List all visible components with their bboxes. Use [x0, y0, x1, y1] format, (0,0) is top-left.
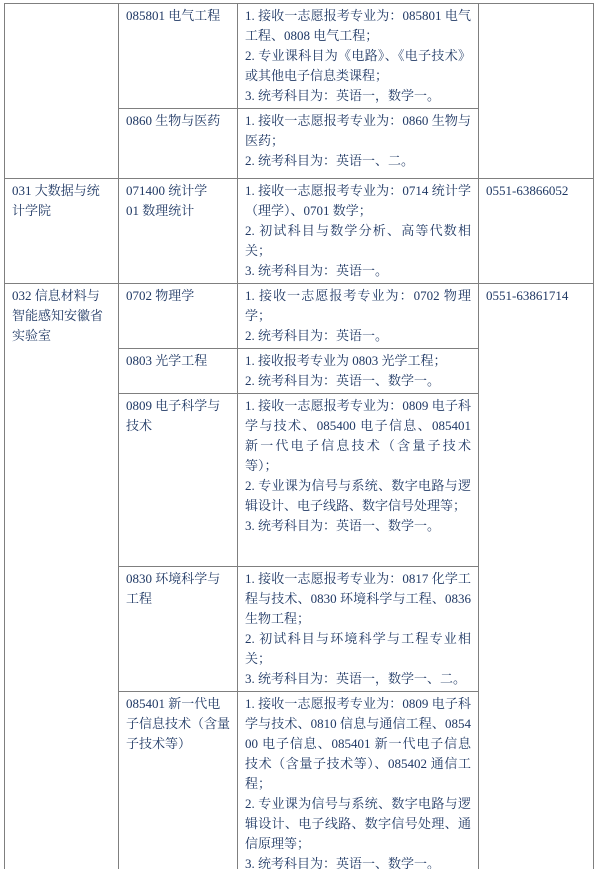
requirement-item: 2. 初试科目与环境科学与工程专业相关； [245, 629, 471, 669]
major-cell: 0830 环境科学与工程 [119, 567, 238, 692]
requirement-item: 1. 接收一志愿报考专业为：0714 统计学（理学）、0701 数学； [245, 181, 471, 221]
table-row: 085801 电气工程 1. 接收一志愿报考专业为：085801 电气工程、08… [5, 4, 594, 109]
table-row: 032 信息材料与智能感知安徽省实验室 0702 物理学 1. 接收一志愿报考专… [5, 284, 594, 349]
requirements-cell: 1. 接收报考专业为 0803 光学工程； 2. 统考科目为：英语一、数学一。 [238, 349, 479, 394]
requirement-item: 1. 接收一志愿报考专业为：0809 电子科学与技术、085400 电子信息、0… [245, 396, 471, 476]
requirement-item: 1. 接收一志愿报考专业为：0817 化学工程与技术、0830 环境科学与工程、… [245, 569, 471, 629]
phone-cell: 0551-63861714 [479, 284, 594, 869]
requirement-item: 2. 专业课为信号与系统、数字电路与逻辑设计、电子线路、数字信号处理等； [245, 476, 471, 516]
requirement-item: 2. 统考科目为：英语一。 [245, 326, 471, 346]
major-label: 0830 环境科学与工程 [126, 569, 230, 609]
requirements-cell: 1. 接收一志愿报考专业为：0817 化学工程与技术、0830 环境科学与工程、… [238, 567, 479, 692]
major-cell: 071400 统计学 01 数理统计 [119, 179, 238, 284]
major-direction-label: 01 数理统计 [126, 201, 230, 221]
document-page: 085801 电气工程 1. 接收一志愿报考专业为：085801 电气工程、08… [0, 0, 597, 869]
major-label: 085401 新一代电子信息技术（含量子技术等） [126, 694, 230, 754]
requirements-cell: 1. 接收一志愿报考专业为：0714 统计学（理学）、0701 数学； 2. 初… [238, 179, 479, 284]
requirement-item: 2. 初试科目与数学分析、高等代数相关； [245, 221, 471, 261]
major-cell: 0803 光学工程 [119, 349, 238, 394]
requirement-item: 3. 统考科目为：英语一，数学一。 [245, 86, 471, 106]
requirements-cell: 1. 接收一志愿报考专业为：0809 电子科学与技术、085400 电子信息、0… [238, 394, 479, 567]
college-cell [5, 4, 119, 179]
major-cell: 0860 生物与医药 [119, 109, 238, 179]
requirement-item: 1. 接收一志愿报考专业为：0860 生物与医药； [245, 111, 471, 151]
major-label: 0702 物理学 [126, 286, 230, 306]
major-cell: 085801 电气工程 [119, 4, 238, 109]
college-cell: 031 大数据与统计学院 [5, 179, 119, 284]
major-label: 085801 电气工程 [126, 6, 230, 26]
requirement-item: 2. 统考科目为：英语一、数学一。 [245, 371, 471, 391]
requirements-cell: 1. 接收一志愿报考专业为：0702 物理学； 2. 统考科目为：英语一。 [238, 284, 479, 349]
requirement-item: 1. 接收一志愿报考专业为：0809 电子科学与技术、0810 信息与通信工程、… [245, 694, 471, 794]
requirement-item: 2. 统考科目为：英语一、二。 [245, 151, 471, 171]
requirements-cell: 1. 接收一志愿报考专业为：0860 生物与医药； 2. 统考科目为：英语一、二… [238, 109, 479, 179]
requirement-item: 3. 统考科目为：英语一、数学一。 [245, 516, 471, 536]
requirement-item: 2. 专业课为信号与系统、数字电路与逻辑设计、电子线路、数字信号处理、通信原理等… [245, 794, 471, 854]
admissions-table: 085801 电气工程 1. 接收一志愿报考专业为：085801 电气工程、08… [4, 3, 594, 869]
requirement-item: 3. 统考科目为：英语一、数学一。 [245, 854, 471, 869]
requirements-cell: 1. 接收一志愿报考专业为：085801 电气工程、0808 电气工程； 2. … [238, 4, 479, 109]
major-cell: 085401 新一代电子信息技术（含量子技术等） [119, 692, 238, 869]
requirement-item: 3. 统考科目为：英语一，数学一、二。 [245, 669, 471, 689]
college-cell: 032 信息材料与智能感知安徽省实验室 [5, 284, 119, 869]
major-label: 0803 光学工程 [126, 351, 230, 371]
requirement-item: 1. 接收报考专业为 0803 光学工程； [245, 351, 471, 371]
requirement-item: 1. 接收一志愿报考专业为：085801 电气工程、0808 电气工程； [245, 6, 471, 46]
requirement-item: 1. 接收一志愿报考专业为：0702 物理学； [245, 286, 471, 326]
requirement-item: 2. 专业课科目为《电路》、《电子技术》或其他电子信息类课程； [245, 46, 471, 86]
major-cell: 0702 物理学 [119, 284, 238, 349]
phone-cell: 0551-63866052 [479, 179, 594, 284]
phone-cell [479, 4, 594, 179]
major-label: 071400 统计学 [126, 181, 230, 201]
requirement-item: 3. 统考科目为：英语一。 [245, 261, 471, 281]
requirements-cell: 1. 接收一志愿报考专业为：0809 电子科学与技术、0810 信息与通信工程、… [238, 692, 479, 869]
table-row: 031 大数据与统计学院 071400 统计学 01 数理统计 1. 接收一志愿… [5, 179, 594, 284]
major-label: 0809 电子科学与技术 [126, 396, 230, 436]
major-label: 0860 生物与医药 [126, 111, 230, 131]
major-cell: 0809 电子科学与技术 [119, 394, 238, 567]
